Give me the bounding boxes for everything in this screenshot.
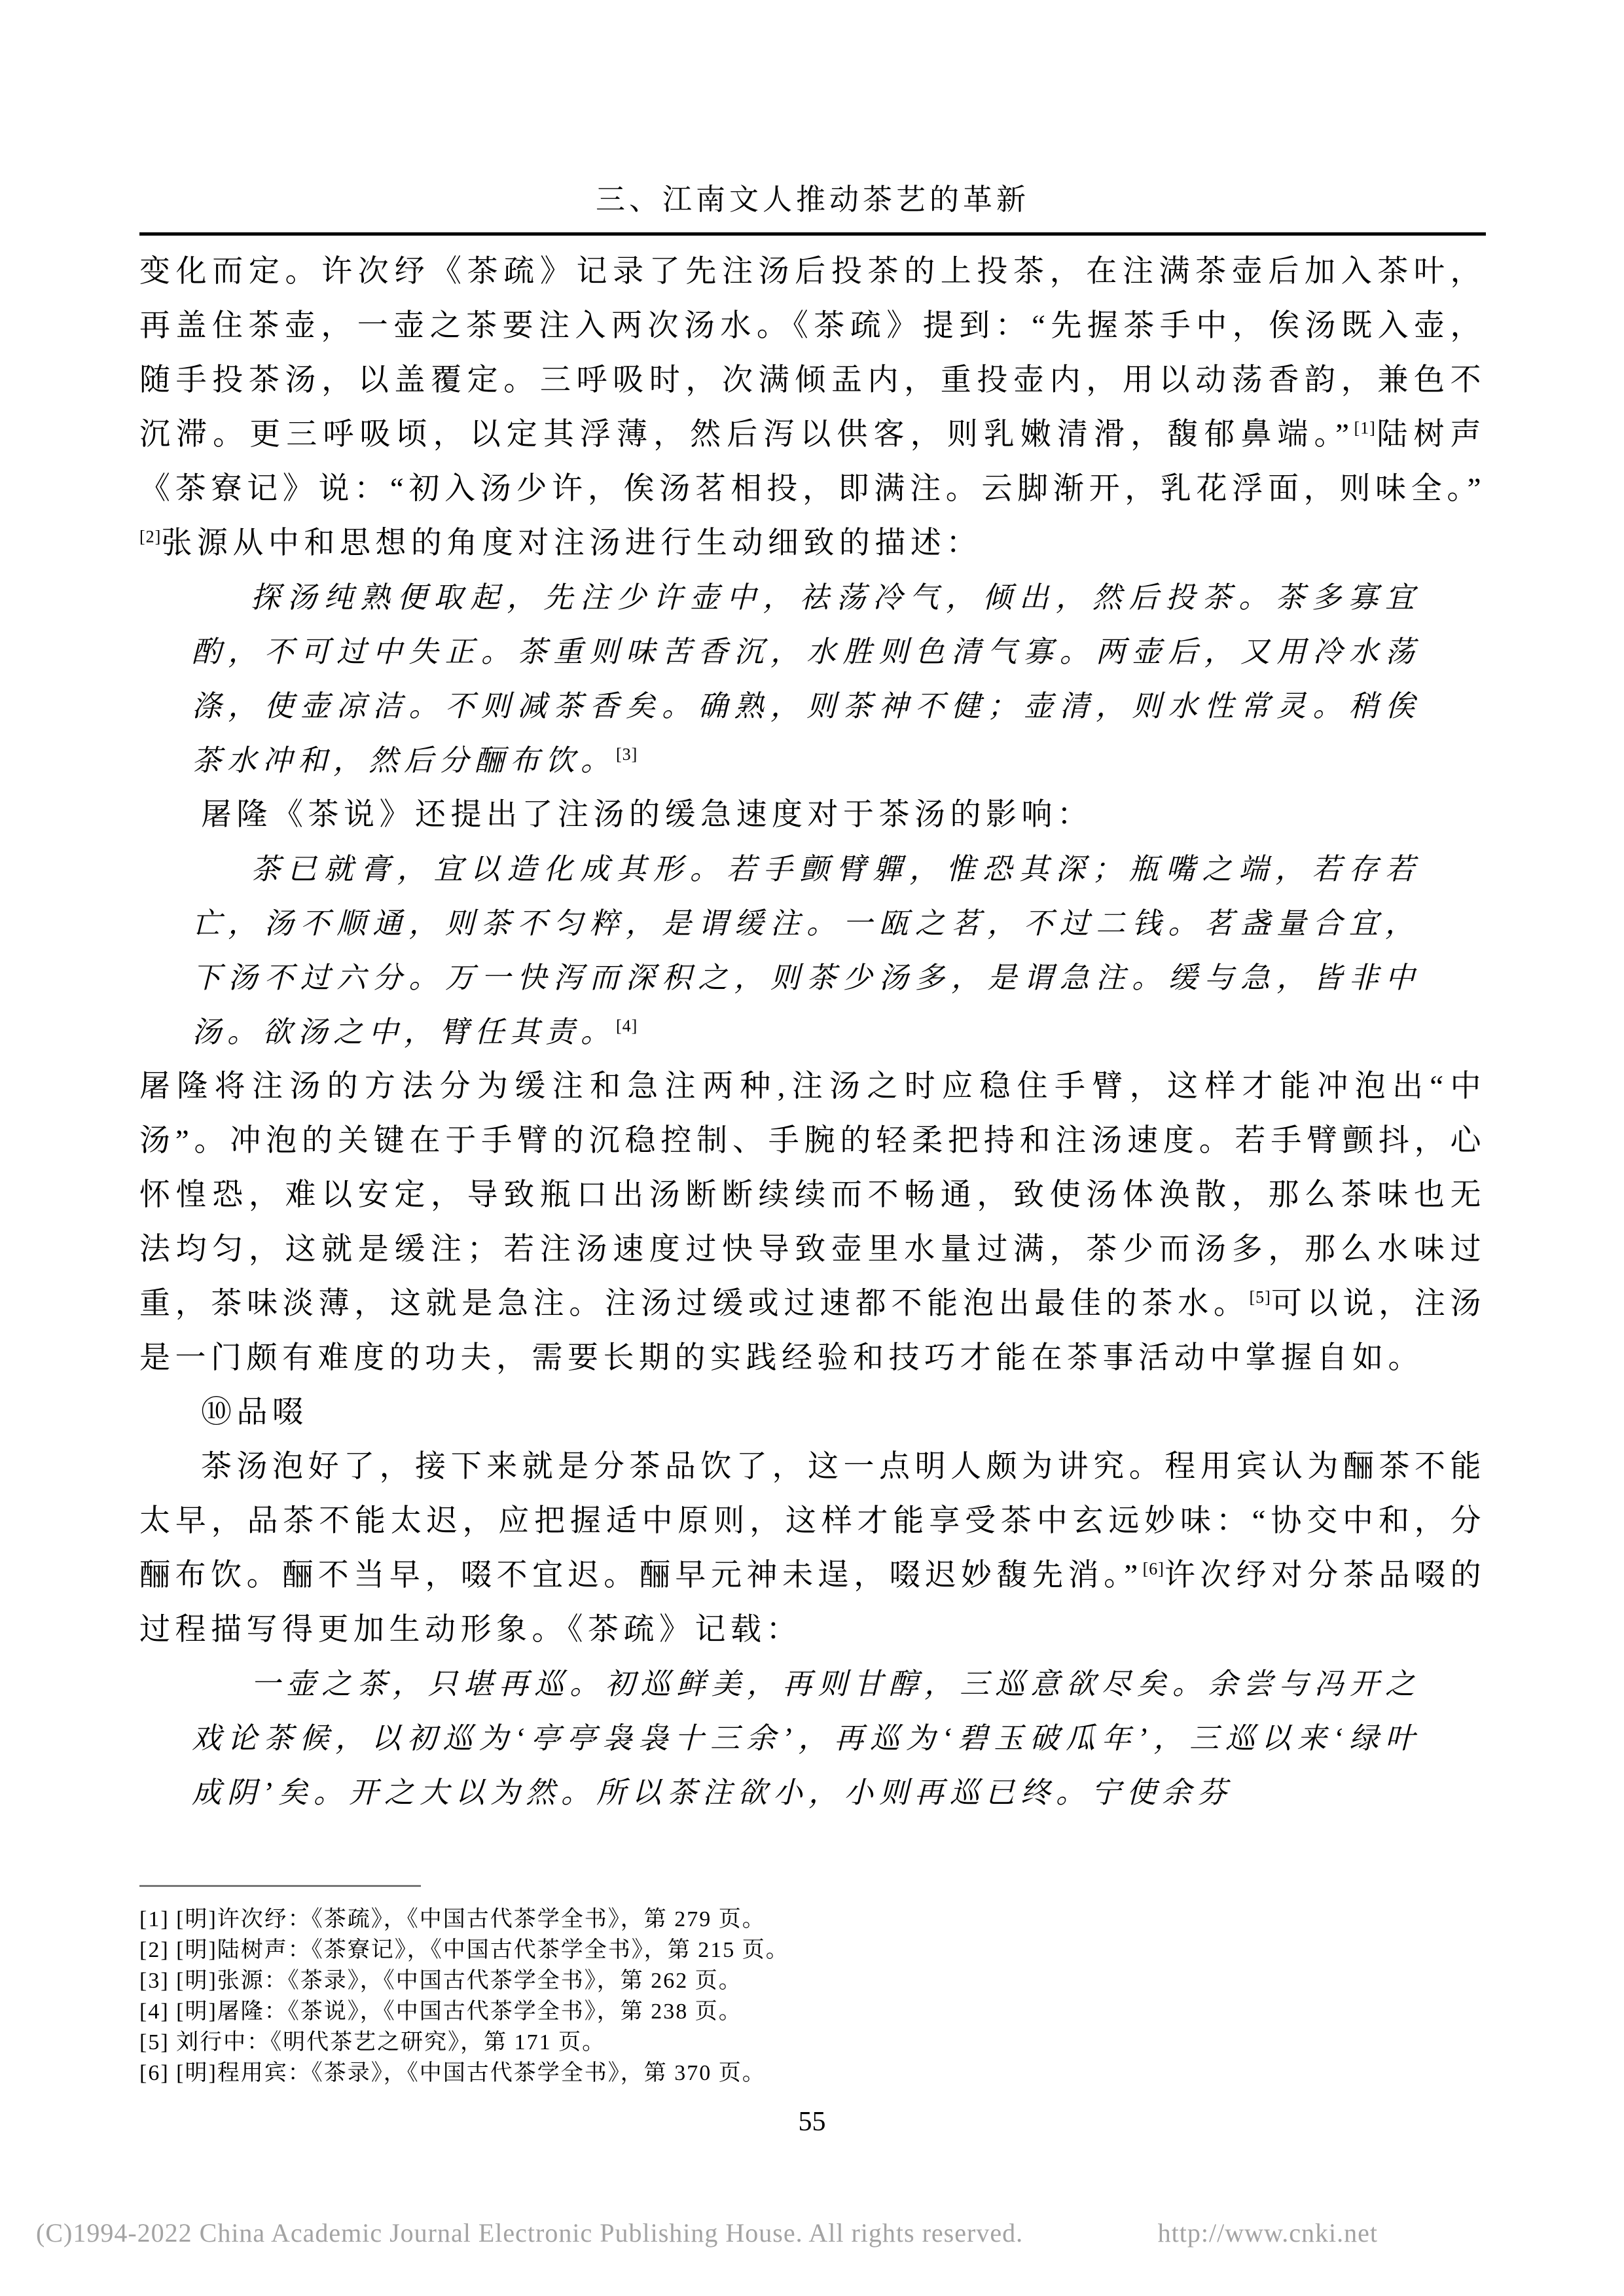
page-number: 55 xyxy=(0,2106,1624,2138)
footnote-item: [6] [明]程用宾：《茶录》，《中国古代茶学全书》，第 370 页。 xyxy=(139,2058,1486,2089)
text-segment: ⑩品啜 xyxy=(201,1395,308,1429)
quote-block: 一壶之茶，只堪再巡。初巡鲜美，再则甘醇，三巡意欲尽矣。余尝与冯开之戏论茶候，以初… xyxy=(192,1657,1420,1820)
text-segment: 屠隆《茶说》还提出了注汤的缓急速度对于茶汤的影响： xyxy=(201,798,1093,832)
footnote-item: [3] [明]张源：《茶录》，《中国古代茶学全书》，第 262 页。 xyxy=(139,1965,1486,1996)
document-page: 三、江南文人推动茶艺的革新 变化而定。许次纾《茶疏》记录了先注汤后投茶的上投茶，… xyxy=(0,0,1624,2296)
text-segment: 屠隆将注汤的方法分为缓注和急注两种,注汤之时应稳住手臂，这样才能冲泡出“中汤”。… xyxy=(139,1069,1486,1321)
footnote-list: [1] [明]许次纾：《茶疏》，《中国古代茶学全书》，第 279 页。[2] [… xyxy=(139,1904,1486,2089)
footnote-marker: [5] xyxy=(1250,1287,1271,1306)
header-rule xyxy=(139,232,1486,236)
footer-url: http://www.cnki.net xyxy=(1158,2217,1378,2248)
footnote-item: [2] [明]陆树声：《茶寮记》，《中国古代茶学全书》，第 215 页。 xyxy=(139,1935,1486,1965)
page-title: 三、江南文人推动茶艺的革新 xyxy=(139,175,1486,218)
footnote-marker: [1] xyxy=(1354,418,1375,437)
footnote-item: [4] [明]屠隆：《茶说》，《中国古代茶学全书》，第 238 页。 xyxy=(139,1996,1486,2027)
quote-block: 探汤纯熟便取起，先注少许壶中，祛荡冷气，倾出，然后投茶。茶多寡宜酌，不可过中失正… xyxy=(192,571,1420,788)
quote-block: 茶已就膏，宜以造化成其形。若手颤臂軃，惟恐其深；瓶嘴之端，若存若亡，汤不顺通，则… xyxy=(192,842,1420,1060)
footnote-marker: [4] xyxy=(616,1016,638,1035)
footnote-item: [5] 刘行中：《明代茶艺之研究》，第 171 页。 xyxy=(139,2027,1486,2058)
footnote-marker: [3] xyxy=(616,745,638,764)
body-text: 变化而定。许次纾《茶疏》记录了先注汤后投茶的上投茶，在注满茶壶后加入茶叶，再盖住… xyxy=(139,245,1486,1820)
paragraph: 茶汤泡好了，接下来就是分茶品饮了，这一点明人颇为讲究。程用宾认为酾茶不能太早，品… xyxy=(139,1440,1486,1657)
paragraph: 屠隆《茶说》还提出了注汤的缓急速度对于茶汤的影响： xyxy=(139,788,1486,842)
footnotes-section: [1] [明]许次纾：《茶疏》，《中国古代茶学全书》，第 279 页。[2] [… xyxy=(139,1885,1486,2089)
text-segment: 张源从中和思想的角度对注汤进行生动细致的描述： xyxy=(161,526,982,560)
text-segment: 变化而定。许次纾《茶疏》记录了先注汤后投茶的上投茶，在注满茶壶后加入茶叶，再盖住… xyxy=(139,255,1486,452)
footer: (C)1994-2022 China Academic Journal Elec… xyxy=(36,2217,1378,2248)
footnote-item: [1] [明]许次纾：《茶疏》，《中国古代茶学全书》，第 279 页。 xyxy=(139,1904,1486,1935)
footnote-marker: [6] xyxy=(1143,1559,1164,1578)
footnote-marker: [2] xyxy=(139,527,161,546)
paragraph: 变化而定。许次纾《茶疏》记录了先注汤后投茶的上投茶，在注满茶壶后加入茶叶，再盖住… xyxy=(139,245,1486,571)
footnote-separator xyxy=(139,1885,421,1887)
paragraph: ⑩品啜 xyxy=(139,1386,1486,1440)
text-segment: 茶已就膏，宜以造化成其形。若手颤臂軃，惟恐其深；瓶嘴之端，若存若亡，汤不顺通，则… xyxy=(192,853,1420,1049)
text-segment: 探汤纯熟便取起，先注少许壶中，祛荡冷气，倾出，然后投茶。茶多寡宜酌，不可过中失正… xyxy=(192,581,1420,777)
content-area: 三、江南文人推动茶艺的革新 变化而定。许次纾《茶疏》记录了先注汤后投茶的上投茶，… xyxy=(139,175,1486,1820)
paragraph: 屠隆将注汤的方法分为缓注和急注两种,注汤之时应稳住手臂，这样才能冲泡出“中汤”。… xyxy=(139,1060,1486,1386)
footer-copyright: (C)1994-2022 China Academic Journal Elec… xyxy=(36,2217,1023,2248)
text-segment: 一壶之茶，只堪再巡。初巡鲜美，再则甘醇，三巡意欲尽矣。余尝与冯开之戏论茶候，以初… xyxy=(192,1668,1420,1809)
